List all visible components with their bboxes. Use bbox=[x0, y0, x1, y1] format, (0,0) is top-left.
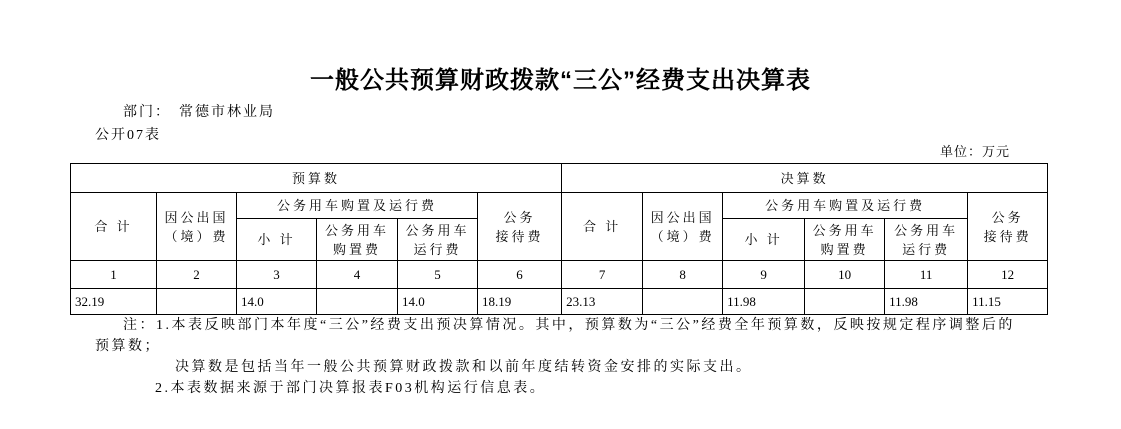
page-title: 一般公共预算财政拨款“三公”经费支出决算表 bbox=[0, 60, 1121, 95]
column-number-10: 10 bbox=[805, 261, 885, 289]
header-final-vehicle-subtotal: 小 计 bbox=[723, 219, 805, 261]
three-public-expense-table: 预算数 决算数 合 计 因公出国 （境）费 公务用车购置及运行费 公务 接待费 … bbox=[70, 163, 1048, 315]
header-budget-vehicle-purchase: 公务用车 购置费 bbox=[317, 219, 398, 261]
header-final-reception: 公务 接待费 bbox=[968, 193, 1048, 261]
column-number-1: 1 bbox=[71, 261, 157, 289]
header-budget-abroad: 因公出国 （境）费 bbox=[157, 193, 237, 261]
department-label: 部门： bbox=[123, 105, 171, 120]
header-final-group: 决算数 bbox=[562, 164, 1048, 193]
department-line: 部门：常德市林业局 bbox=[123, 101, 275, 121]
value-budget-reception: 18.19 bbox=[478, 289, 562, 315]
department-value: 常德市林业局 bbox=[179, 105, 275, 120]
value-final-abroad bbox=[643, 289, 723, 315]
table-row-group-headers: 预算数 决算数 bbox=[71, 164, 1048, 193]
value-final-reception: 11.15 bbox=[968, 289, 1048, 315]
column-number-5: 5 bbox=[398, 261, 478, 289]
footnote-line-2: 预算数； bbox=[70, 336, 1070, 357]
header-final-abroad: 因公出国 （境）费 bbox=[643, 193, 723, 261]
header-final-vehicle-purchase: 公务用车 购置费 bbox=[805, 219, 885, 261]
header-budget-group: 预算数 bbox=[71, 164, 562, 193]
footnotes: 注：1.本表反映部门本年度“三公”经费支出预决算情况。其中，预算数为“三公”经费… bbox=[70, 315, 1070, 399]
footnote-line-3: 决算数是包括当年一般公共预算财政拨款和以前年度结转资金安排的实际支出。 bbox=[70, 357, 1070, 378]
column-number-11: 11 bbox=[885, 261, 968, 289]
header-final-vehicle-operation: 公务用车 运行费 bbox=[885, 219, 968, 261]
header-budget-vehicle-group: 公务用车购置及运行费 bbox=[237, 193, 478, 219]
unit-label: 单位：万元 bbox=[940, 141, 1010, 160]
value-budget-total: 32.19 bbox=[71, 289, 157, 315]
form-code: 公开07表 bbox=[95, 124, 161, 144]
table-row-column-numbers: 1 2 3 4 5 6 7 8 9 10 11 12 bbox=[71, 261, 1048, 289]
column-number-12: 12 bbox=[968, 261, 1048, 289]
footnote-line-1: 注：1.本表反映部门本年度“三公”经费支出预决算情况。其中，预算数为“三公”经费… bbox=[70, 315, 1070, 336]
header-budget-total: 合 计 bbox=[71, 193, 157, 261]
header-budget-vehicle-operation: 公务用车 运行费 bbox=[398, 219, 478, 261]
header-final-total: 合 计 bbox=[562, 193, 643, 261]
value-final-vehicle-purchase bbox=[805, 289, 885, 315]
column-number-2: 2 bbox=[157, 261, 237, 289]
header-budget-reception: 公务 接待费 bbox=[478, 193, 562, 261]
column-number-7: 7 bbox=[562, 261, 643, 289]
header-final-vehicle-group: 公务用车购置及运行费 bbox=[723, 193, 968, 219]
value-budget-abroad bbox=[157, 289, 237, 315]
column-number-3: 3 bbox=[237, 261, 317, 289]
column-number-9: 9 bbox=[723, 261, 805, 289]
column-number-6: 6 bbox=[478, 261, 562, 289]
value-budget-vehicle-operation: 14.0 bbox=[398, 289, 478, 315]
value-final-total: 23.13 bbox=[562, 289, 643, 315]
table-row-subheaders-upper: 合 计 因公出国 （境）费 公务用车购置及运行费 公务 接待费 合 计 因公出国… bbox=[71, 193, 1048, 219]
value-final-vehicle-subtotal: 11.98 bbox=[723, 289, 805, 315]
header-budget-vehicle-subtotal: 小 计 bbox=[237, 219, 317, 261]
column-number-8: 8 bbox=[643, 261, 723, 289]
column-number-4: 4 bbox=[317, 261, 398, 289]
page: 一般公共预算财政拨款“三公”经费支出决算表 部门：常德市林业局 公开07表 单位… bbox=[0, 0, 1121, 429]
footnote-line-4: 2.本表数据来源于部门决算报表F03机构运行信息表。 bbox=[70, 378, 1070, 399]
value-budget-vehicle-subtotal: 14.0 bbox=[237, 289, 317, 315]
value-final-vehicle-operation: 11.98 bbox=[885, 289, 968, 315]
value-budget-vehicle-purchase bbox=[317, 289, 398, 315]
table-row-values: 32.19 14.0 14.0 18.19 23.13 11.98 11.98 … bbox=[71, 289, 1048, 315]
